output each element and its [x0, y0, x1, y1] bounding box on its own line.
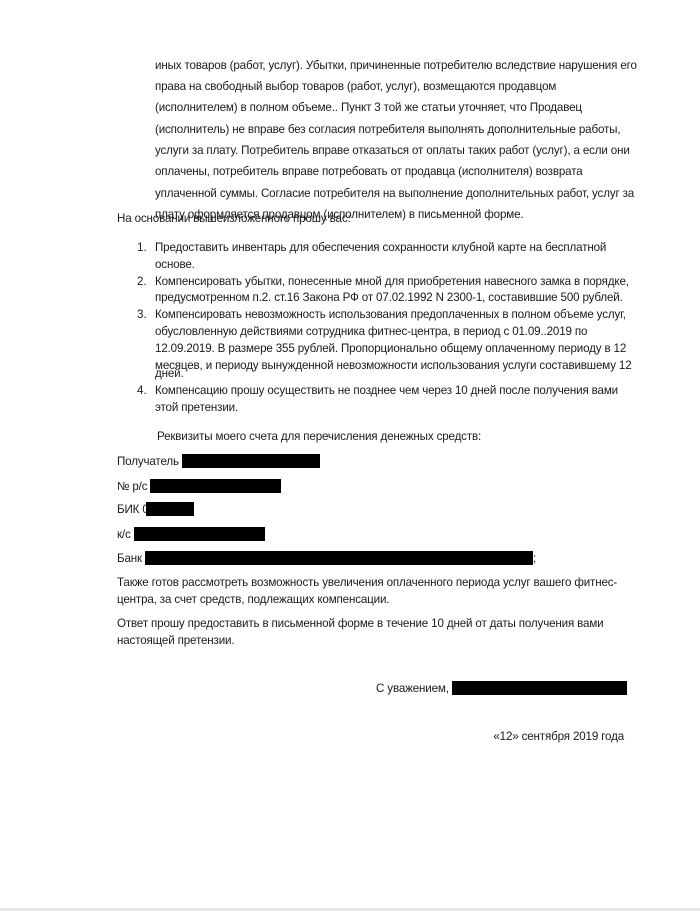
signature: С уважением,	[376, 681, 627, 696]
redacted-value	[146, 502, 194, 516]
document-page: иных товаров (работ, услуг). Убытки, при…	[0, 0, 700, 908]
list-number: 4.	[137, 384, 147, 398]
list-item-line: Предоставить инвентарь для обеспечения с…	[155, 241, 606, 255]
account-row: № р/с	[117, 479, 281, 494]
bik-row: БИК 0	[117, 502, 194, 517]
paragraph-line: иных товаров (работ, услуг). Убытки, при…	[155, 59, 637, 73]
list-item-line: этой претензии.	[155, 401, 238, 415]
bank-row: Банк ;	[117, 551, 536, 566]
field-label: Получатель	[117, 455, 179, 468]
list-item-line: Компенсировать невозможность использован…	[155, 308, 626, 322]
list-item-line: дней.	[155, 367, 184, 381]
redacted-value	[182, 454, 320, 468]
document-date: «12» сентября 2019 года	[493, 730, 624, 744]
list-item-line: месяцев, и периоду вынужденной невозможн…	[155, 359, 632, 373]
list-item-line: Компенсировать убытки, понесенные мной д…	[155, 275, 629, 289]
field-label: Банк	[117, 552, 142, 565]
list-number: 2.	[137, 275, 147, 289]
recipient-row: Получатель	[117, 454, 320, 469]
field-label: к/с	[117, 528, 131, 541]
field-label: БИК 0	[117, 503, 149, 516]
bank-details-heading: Реквизиты моего счета для перечисления д…	[157, 430, 481, 444]
redacted-value	[150, 479, 281, 493]
paragraph-line: услуги за плату. Потребитель вправе отка…	[155, 144, 630, 158]
request-intro: На основании вышеизложенного прошу вас:	[117, 212, 351, 226]
list-item-line: Компенсацию прошу осуществить не позднее…	[155, 384, 618, 398]
list-item-line: основе.	[155, 258, 195, 272]
redacted-name	[452, 681, 627, 695]
paragraph-line: оплачены, потребитель вправе потребовать…	[155, 165, 583, 179]
paragraph-line: (исполнителем) в полном объеме.. Пункт 3…	[155, 101, 582, 115]
paragraph-line: (исполнитель) не вправе без согласия пот…	[155, 123, 620, 137]
field-suffix: ;	[533, 552, 536, 565]
paragraph-line: права на свободный выбор товаров (работ,…	[155, 80, 556, 94]
list-number: 1.	[137, 241, 147, 255]
paragraph-line: уплаченной суммы. Согласие потребителя н…	[155, 187, 634, 201]
paragraph-line: центра, за счет средств, подлежащих комп…	[117, 593, 389, 607]
paragraph-line: Также готов рассмотреть возможность увел…	[117, 576, 617, 590]
list-item-line: предусмотренном п.2. ст.16 Закона РФ от …	[155, 291, 623, 305]
redacted-value	[145, 551, 533, 565]
list-item-line: обусловленную действиями сотрудника фитн…	[155, 325, 587, 339]
paragraph-line: Ответ прошу предоставить в письменной фо…	[117, 617, 603, 631]
paragraph-line: настоящей претензии.	[117, 634, 234, 648]
correspondent-account-row: к/с	[117, 527, 265, 542]
redacted-value	[134, 527, 265, 541]
field-label: № р/с	[117, 480, 147, 493]
list-item-line: 12.09.2019. В размере 355 рублей. Пропор…	[155, 342, 626, 356]
signature-label: С уважением,	[376, 682, 449, 695]
list-number: 3.	[137, 308, 147, 322]
